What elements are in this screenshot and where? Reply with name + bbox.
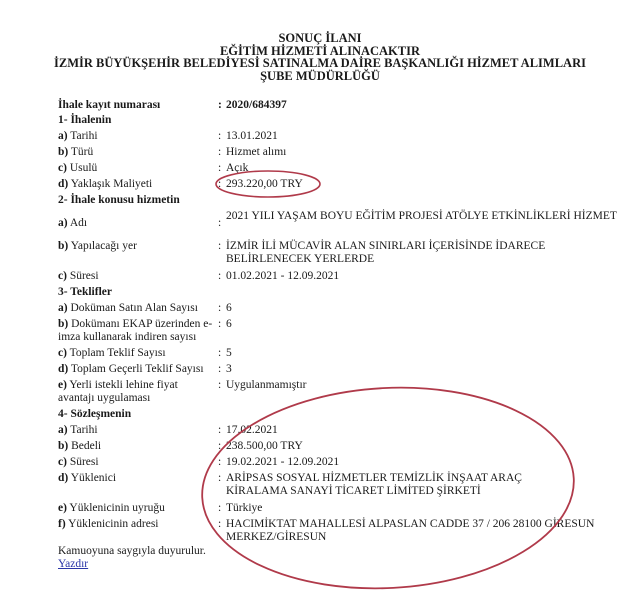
ekap-downloads-row: b) Dokümanı EKAP üzerinden e-imza kullan… <box>58 318 618 344</box>
service-duration-value: 01.02.2021 - 12.09.2021 <box>226 270 339 282</box>
service-location-row: b) Yapılacağı yer :İZMİR İLİ MÜCAVİR ALA… <box>58 240 618 266</box>
tender-procedure-value: Açık <box>226 162 248 174</box>
tender-type-value: Hizmet alımı <box>226 146 286 158</box>
closing-statement: Kamuoyuna saygıyla duyurulur. <box>58 545 206 558</box>
contractor-address-row: f) Yüklenicinin adresi :HACIMİKTAT MAHAL… <box>58 518 618 544</box>
registration-number-label: İhale kayıt numarası <box>58 99 218 112</box>
section-2-title: 2- İhale konusu hizmetin <box>58 194 618 207</box>
price-advantage-row: e) Yerli istekli lehine fiyat avantajı u… <box>58 379 618 405</box>
service-location-value: İZMİR İLİ MÜCAVİR ALAN SINIRLARI İÇERİSİ… <box>226 240 545 265</box>
registration-number-value: 2020/684397 <box>226 99 287 111</box>
print-link[interactable]: Yazdır <box>58 558 88 570</box>
notice-header: SONUÇ İLANI EĞİTİM HİZMETİ ALINACAKTIR İ… <box>0 32 640 82</box>
ekap-downloads-value: 6 <box>226 318 232 330</box>
contract-amount-value: 238.500,00 TRY <box>226 440 303 452</box>
contractor-nationality-value: Türkiye <box>226 502 262 514</box>
notice-title: SONUÇ İLANI <box>0 32 640 45</box>
contract-duration-value: 19.02.2021 - 12.09.2021 <box>226 456 339 468</box>
section-1-title: 1- İhalenin <box>58 114 618 127</box>
contractor-address-value: HACIMİKTAT MAHALLESİ ALPASLAN CADDE 37 /… <box>226 518 594 543</box>
contractor-value: ARİPSAS SOSYAL HİZMETLER TEMİZLİK İNŞAAT… <box>226 472 522 497</box>
service-name-row: a) Adı :2021 YILI YAŞAM BOYU EĞİTİM PROJ… <box>58 210 618 236</box>
department-name: ŞUBE MÜDÜRLÜĞÜ <box>0 70 640 83</box>
tender-date-value: 13.01.2021 <box>226 130 278 142</box>
section-3-title: 3- Teklifler <box>58 286 618 299</box>
document-buyers-value: 6 <box>226 302 232 314</box>
section-4-title: 4- Sözleşmenin <box>58 408 618 421</box>
total-bids-value: 5 <box>226 347 232 359</box>
footer: Kamuoyuna saygıyla duyurulur. Yazdır <box>58 545 206 571</box>
service-name-value: 2021 YILI YAŞAM BOYU EĞİTİM PROJESİ ATÖL… <box>226 210 617 222</box>
valid-bids-value: 3 <box>226 363 232 375</box>
contract-date-value: 17.02.2021 <box>226 424 278 436</box>
estimated-cost-value: 293.220,00 TRY <box>226 178 303 190</box>
price-advantage-value: Uygulanmamıştır <box>226 379 307 391</box>
institution-name: İZMİR BÜYÜKŞEHİR BELEDİYESİ SATINALMA DA… <box>0 57 640 70</box>
contractor-row: d) Yüklenici :ARİPSAS SOSYAL HİZMETLER T… <box>58 472 618 498</box>
